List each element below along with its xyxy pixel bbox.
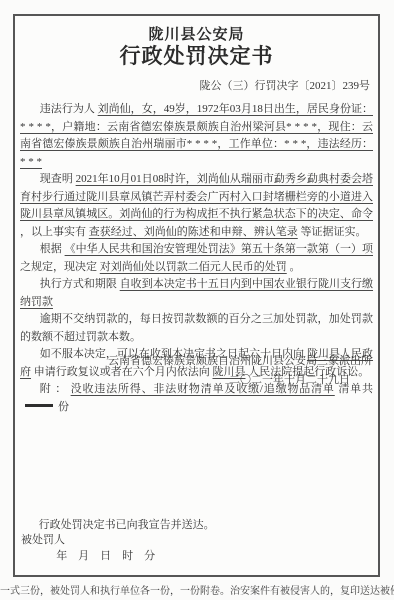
paragraph-late-payment: 逾期不交纳罚款的，每日按罚款数额的百分之三加处罚款，加处罚款的数额不超过罚款本数… [20,311,373,346]
copies-distribution-note: 一式三份，被处罚人和执行单位各一份，一份附卷。治安案件有被侵害人的，复印送达被侵… [0,582,394,597]
form-text: 根据 [40,243,65,255]
date-time-blanks: 年 月 日 时 分 [56,549,214,565]
form-text: 等证据证实。 [298,226,367,238]
paragraph-facts: 现查明 2021年10月01日08时许，刘尚仙从瑞丽市勐秀乡勐典村委会塔育村步行… [20,171,373,241]
document-page: 陇川县公安局 行政处罚决定书 陇公（三）行罚决字〔2021〕239号 违法行为人… [15,16,378,575]
paragraph-legal-basis: 根据 《中华人民共和国治安管理处罚法》第五十条第一款第（一）项 之规定，现决定 … [20,241,373,276]
form-text: 现查明 [40,173,76,185]
penalized-person-label: 被处罚人 [21,533,215,549]
issuing-station-name: 云南省德宏傣族景颇族自治州陇川县公安局三象派出所 [108,352,372,371]
acknowledgment-statement: 行政处罚决定书已向我宣告并送达。 [39,518,215,534]
document-title: 行政处罚决定书 [20,44,373,68]
issue-date: 二〇二一年十月二十九日 [108,371,372,390]
form-text: 逾期不交纳罚款的，每日按罚款数额的百分之三加处罚款，加处罚款的数额不超过罚款本数… [20,313,373,343]
document-number: 陇公（三）行罚决字〔2021〕239号 [20,77,370,93]
form-text: 附 ： [40,383,71,395]
document-border-frame: 陇川县公安局 行政处罚决定书 陇公（三）行罚决字〔2021〕239号 违法行为人… [13,14,380,577]
filled-in-text: 对刘尚仙处以罚款二佰元人民币的处罚 [100,261,287,273]
form-text: 违法行为人 [40,103,98,115]
form-text: 执行方式和期限 [40,278,120,290]
signature-block: 云南省德宏傣族景颇族自治州陇川县公安局三象派出所 二〇二一年十月二十九日 [108,352,372,390]
issuing-authority-title: 陇川县公安局 [20,23,373,44]
form-text: ，以上事实有 [20,226,89,238]
filled-in-text: 《中华人民共和国治安管理处罚法》第五十条第一款第（一）项 [65,243,373,255]
filled-in-text: 查获经过、刘尚仙的陈述和申辩、辨认笔录 [89,226,298,238]
form-text: 之规定，现决定 [20,261,100,273]
paragraph-offender-info: 违法行为人 刘尚仙，女，49岁，1972年03月18日出生，居民身份证：* * … [20,101,373,171]
paragraph-execution: 执行方式和期限 自收到本决定书十五日内到中国农业银行陇川支行缴纳罚款 [20,276,373,311]
form-text: 份 [58,401,69,413]
blank-fill-bar [25,404,53,407]
acknowledgment-block: 行政处罚决定书已向我宣告并送达。 被处罚人 年 月 日 时 分 [21,518,215,565]
form-text: 。 [287,261,301,273]
